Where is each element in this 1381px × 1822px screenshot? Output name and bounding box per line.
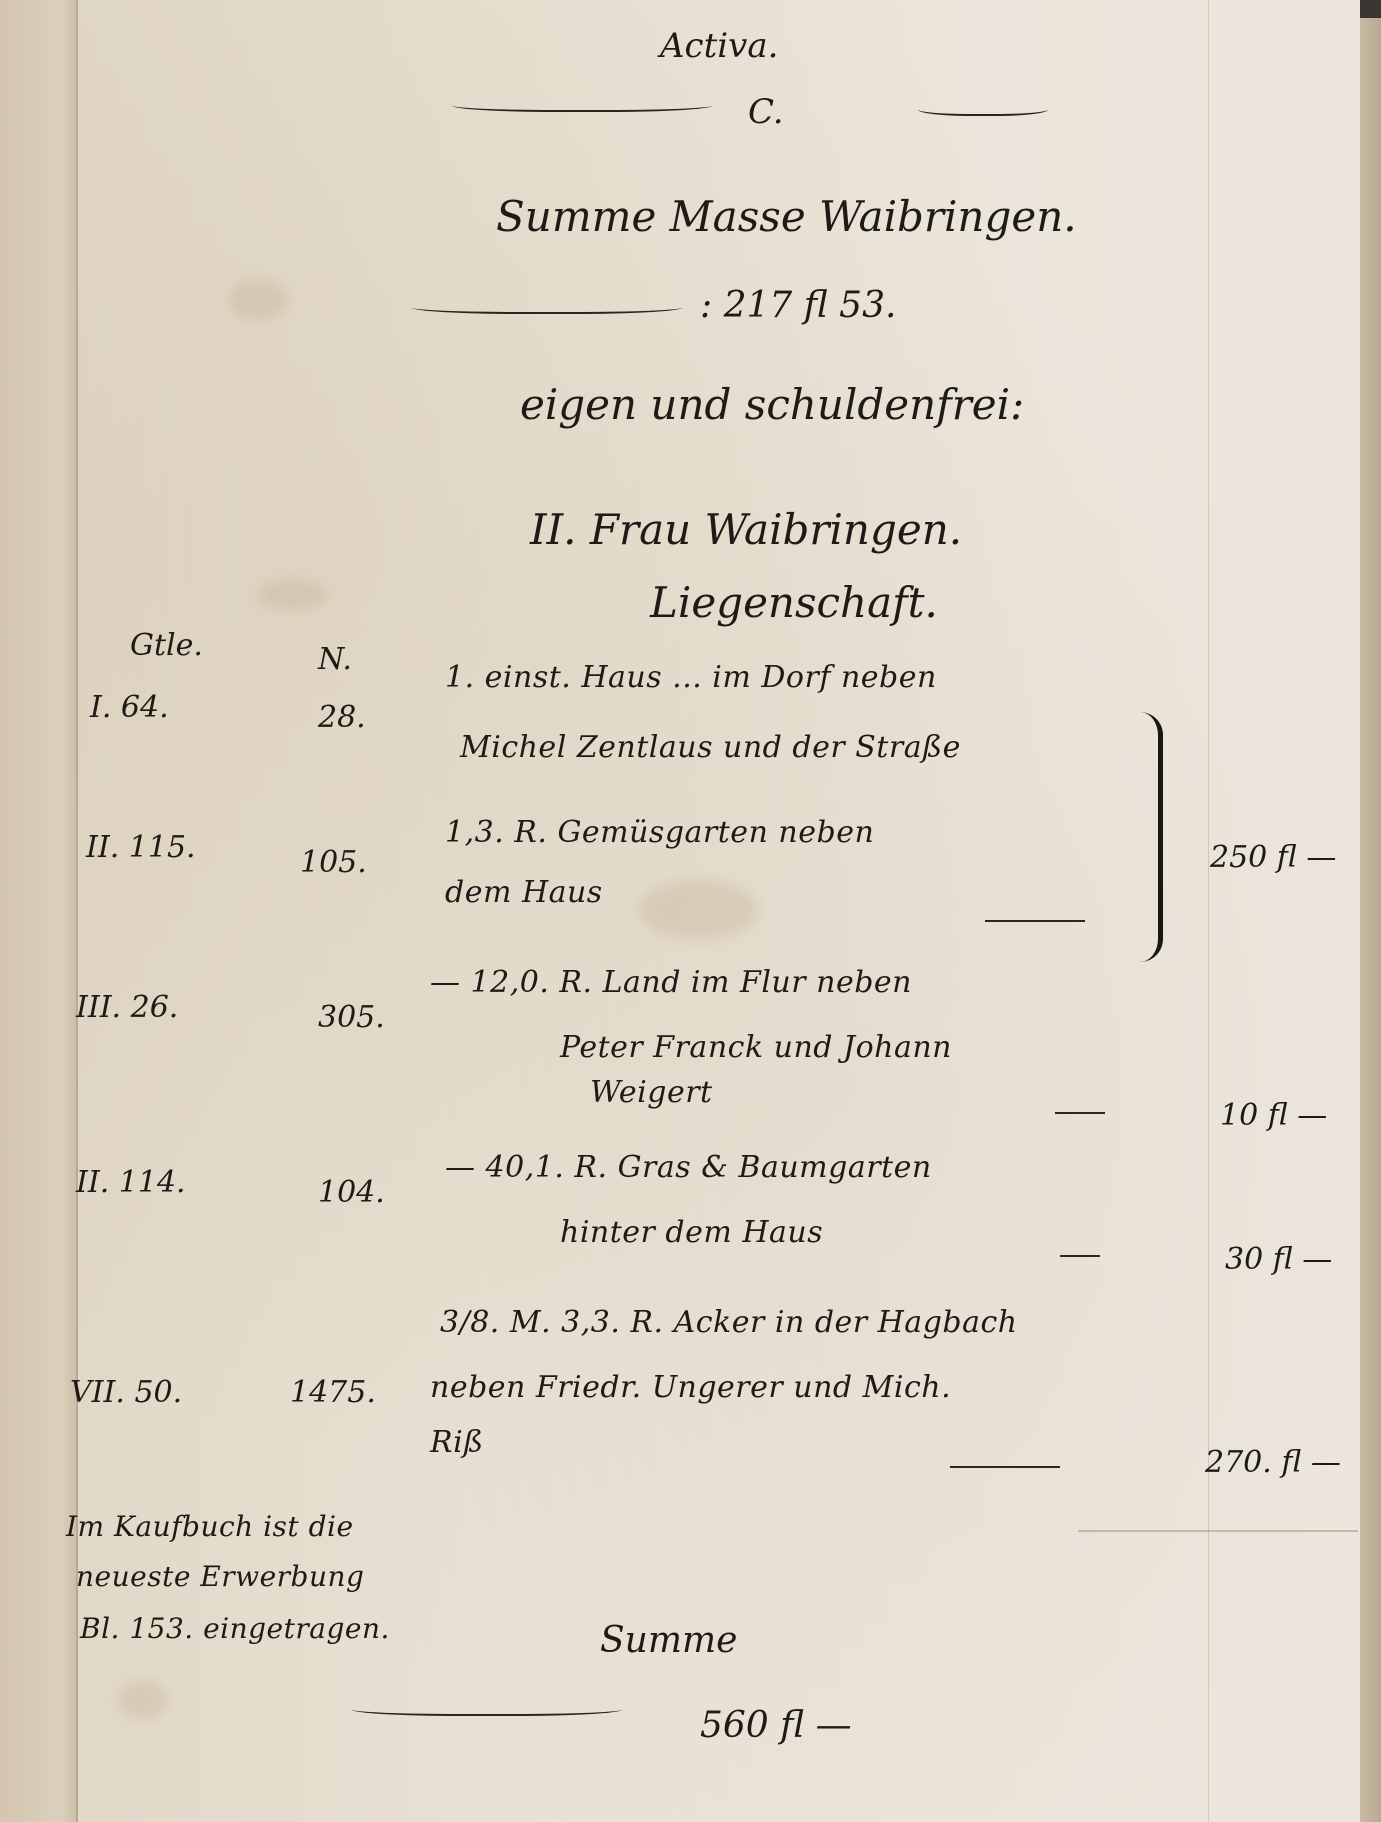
stain: [638, 880, 758, 940]
background-corner: [1359, 0, 1381, 18]
section-letter: C.: [748, 92, 784, 132]
paper-fold: [1208, 0, 1209, 1822]
row-2-description-line-2: dem Haus: [445, 875, 603, 910]
flourish-line: [452, 96, 712, 112]
filler-dash: [950, 1466, 1060, 1468]
row-3-description-line-2: Peter Franck und Johann: [560, 1030, 952, 1065]
book-backing-right: [1357, 0, 1381, 1822]
manuscript-page: [76, 0, 1360, 1822]
row-5-description-line-2: neben Friedr. Ungerer und Mich.: [430, 1370, 951, 1405]
row-5-gewann: VII. 50.: [70, 1375, 182, 1410]
flourish-line: [412, 298, 682, 314]
document-title: Activa.: [660, 26, 778, 66]
margin-note-line-2: neueste Erwerbung: [76, 1560, 364, 1593]
column-header-gewann: Gtle.: [130, 628, 203, 663]
margin-note-line-3: Bl. 153. eingetragen.: [80, 1612, 390, 1645]
row-1-description-line-1: 1. einst. Haus ... im Dorf neben: [445, 660, 937, 695]
book-backing-left: [0, 0, 76, 1822]
row-3-amount: 10 fl —: [1220, 1098, 1327, 1133]
row-1-description-line-2: Michel Zentlaus und der Straße: [460, 730, 961, 765]
row-2-gewann: II. 115.: [86, 830, 196, 865]
row-3-description-line-3: Weigert: [590, 1075, 713, 1110]
summary-line: Summe Masse Waibringen.: [496, 192, 1077, 241]
row-2-description-line-1: 1,3. R. Gemüsgarten neben: [445, 815, 874, 850]
summary-amount: : 217 fl 53.: [700, 285, 896, 326]
column-header-nr: N.: [318, 642, 352, 677]
row-4-description-line-1: — 40,1. R. Gras & Baumgarten: [445, 1150, 932, 1185]
total-label: Summe: [600, 1620, 737, 1661]
grouping-brace: [1140, 712, 1163, 962]
subsection-heading: II. Frau Waibringen.: [530, 505, 962, 554]
status-note: eigen und schuldenfrei:: [520, 380, 1024, 429]
total-amount: 560 fl —: [700, 1705, 852, 1746]
stain: [118, 1680, 168, 1720]
filler-dash: [985, 920, 1085, 922]
row-1-nr: 28.: [318, 700, 366, 735]
flourish-line: [352, 1700, 622, 1716]
row-3-nr: 305.: [318, 1000, 385, 1035]
flourish-line: [918, 100, 1048, 116]
row-1-gewann: I. 64.: [90, 690, 169, 725]
row-2-nr: 105.: [300, 845, 367, 880]
row-4-gewann: II. 114.: [76, 1165, 186, 1200]
subsection-subheading: Liegenschaft.: [650, 578, 938, 627]
row-4-description-line-2: hinter dem Haus: [560, 1215, 823, 1250]
row-5-amount: 270. fl —: [1205, 1445, 1341, 1480]
row-5-nr: 1475.: [290, 1375, 376, 1410]
row-3-gewann: III. 26.: [76, 990, 178, 1025]
filler-dash: [1060, 1255, 1100, 1257]
row-3-description-line-1: — 12,0. R. Land im Flur neben: [430, 965, 912, 1000]
paper-edge-line: [1078, 1530, 1358, 1532]
margin-note-line-1: Im Kaufbuch ist die: [66, 1510, 354, 1543]
filler-dash: [1055, 1112, 1105, 1114]
row-4-amount: 30 fl —: [1225, 1242, 1332, 1277]
stain: [258, 580, 328, 610]
row-5-description-line-3: Riß: [430, 1425, 484, 1460]
stain: [228, 280, 288, 320]
row-2-amount: 250 fl —: [1210, 840, 1336, 875]
row-4-nr: 104.: [318, 1175, 385, 1210]
row-5-description-line-1: 3/8. M. 3,3. R. Acker in der Hagbach: [440, 1305, 1018, 1340]
